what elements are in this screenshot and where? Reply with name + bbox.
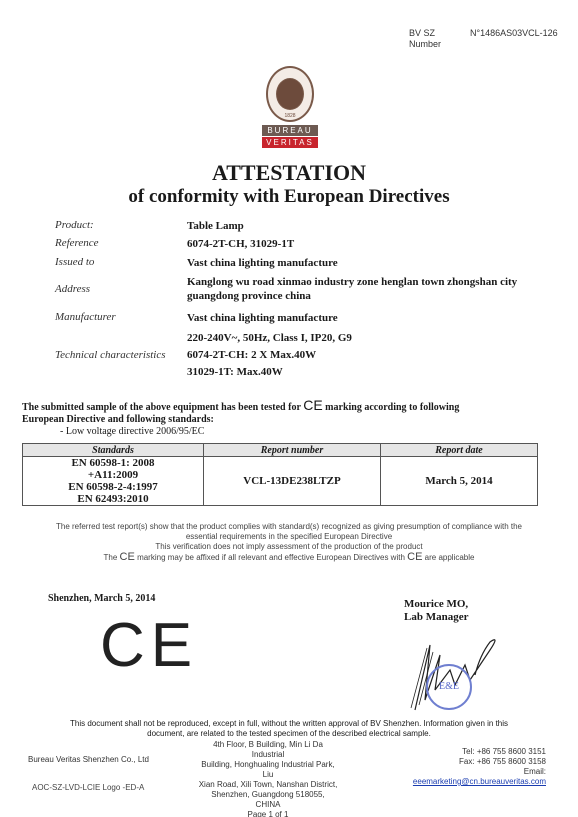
header-report-date: Report date xyxy=(381,444,538,457)
disclaimer-line1: This document shall not be reproduced, e… xyxy=(0,719,578,729)
bv-label-line2: Number xyxy=(409,39,441,50)
label-manufacturer: Manufacturer xyxy=(55,311,116,323)
ref-line3: This verification does not imply assessm… xyxy=(0,542,578,552)
value-issued-to: Vast china lighting manufacture xyxy=(187,256,338,270)
statement: The submitted sample of the above equipm… xyxy=(22,399,542,438)
address-line2: guangdong province china xyxy=(187,289,517,303)
footer-company: Bureau Veritas Shenzhen Co., Ltd xyxy=(28,755,149,764)
address-line: Shenzhen, Guangdong 518055, CHINA xyxy=(198,790,338,810)
tech-line3: 31029-1T: Max.40W xyxy=(187,364,352,381)
ref-line4a: The xyxy=(104,553,118,562)
logo-year: 1828 xyxy=(268,113,312,119)
tech-line2: 6074-2T-CH: 2 X Max.40W xyxy=(187,347,352,364)
value-manufacturer: Vast china lighting manufacture xyxy=(187,311,338,325)
statement-part2: marking according to following xyxy=(325,402,459,413)
page-number: Page 1 of 1 xyxy=(198,810,338,817)
standard-item: EN 60598-2-4:1997 xyxy=(23,481,203,493)
stamp-icon: E&E xyxy=(426,664,472,710)
tech-line1: 220-240V~, 50Hz, Class I, IP20, G9 xyxy=(187,330,352,347)
bv-number-label: BV SZ Number xyxy=(409,28,441,50)
label-issued-to: Issued to xyxy=(55,256,94,268)
standard-item: EN 62493:2010 xyxy=(23,493,203,505)
ref-line4c: are applicable xyxy=(425,553,475,562)
footer-contact: Tel: +86 755 8600 3151 Fax: +86 755 8600… xyxy=(398,747,546,787)
standards-table: Standards Report number Report date EN 6… xyxy=(22,443,538,506)
statement-part1: The submitted sample of the above equipm… xyxy=(22,402,301,413)
signatory: Mourice MO, Lab Manager xyxy=(404,598,468,624)
footer-fax: Fax: +86 755 8600 3158 xyxy=(398,757,546,767)
disclaimer-line2: document, are related to the tested spec… xyxy=(0,729,578,739)
statement-line2: European Directive and following standar… xyxy=(22,414,542,426)
place-date: Shenzhen, March 5, 2014 xyxy=(48,593,155,604)
document-code: AOC-SZ-LVD-LCIE Logo -ED-A xyxy=(32,783,144,792)
bv-label-line1: BV SZ xyxy=(409,28,441,39)
label-reference: Reference xyxy=(55,237,99,249)
ce-mark-icon: CE xyxy=(120,551,135,563)
label-address: Address xyxy=(55,283,90,295)
signatory-name: Mourice MO, xyxy=(404,598,468,611)
ref-line2: essential requirements in the specified … xyxy=(0,532,578,542)
ce-mark-icon: CE xyxy=(407,551,422,563)
ce-mark-icon: CE xyxy=(303,397,322,413)
address-line: Building, Honghualing Industrial Park, L… xyxy=(198,760,338,780)
footer-address: 4th Floor, B Building, Min Li Da Industr… xyxy=(198,740,338,817)
cell-report-number: VCL-13DE238LTZP xyxy=(204,457,381,506)
standard-item: +A11:2009 xyxy=(23,469,203,481)
header-report-number: Report number xyxy=(204,444,381,457)
cell-standards: EN 60598-1: 2008 +A11:2009 EN 60598-2-4:… xyxy=(23,457,204,506)
label-product: Product: xyxy=(55,219,94,231)
address-line: Xian Road, Xili Town, Nanshan District, xyxy=(198,780,338,790)
cell-report-date: March 5, 2014 xyxy=(381,457,538,506)
address-line1: Kanglong wu road xinmao industry zone he… xyxy=(187,275,517,289)
value-reference: 6074-2T-CH, 31029-1T xyxy=(187,237,294,251)
seal-icon: 1828 xyxy=(266,66,314,122)
ce-logo-icon: CE xyxy=(100,610,198,681)
document-title: ATTESTATION xyxy=(0,160,578,186)
standard-item: EN 60598-1: 2008 xyxy=(23,457,203,469)
table-row: EN 60598-1: 2008 +A11:2009 EN 60598-2-4:… xyxy=(23,457,538,506)
value-address: Kanglong wu road xinmao industry zone he… xyxy=(187,275,517,303)
header-standards: Standards xyxy=(23,444,204,457)
email-link[interactable]: eeemarketing@cn.bureauveritas.com xyxy=(413,777,546,786)
logo-band-bureau: BUREAU xyxy=(262,125,318,136)
reference-text: The referred test report(s) show that th… xyxy=(0,522,578,563)
disclaimer: This document shall not be reproduced, e… xyxy=(0,719,578,739)
directive-item: - Low voltage directive 2006/95/EC xyxy=(22,426,542,438)
logo-band-veritas: VERITAS xyxy=(262,137,318,148)
bureau-veritas-logo: 1828 BUREAU VERITAS xyxy=(262,66,318,148)
label-technical: Technical characteristics xyxy=(55,349,166,361)
ref-line4b: marking may be affixed if all relevant a… xyxy=(137,553,405,562)
address-line: 4th Floor, B Building, Min Li Da Industr… xyxy=(198,740,338,760)
value-technical: 220-240V~, 50Hz, Class I, IP20, G9 6074-… xyxy=(187,330,352,381)
value-product: Table Lamp xyxy=(187,219,244,233)
email-label: Email: xyxy=(524,767,546,776)
ref-line1: The referred test report(s) show that th… xyxy=(0,522,578,532)
document-subtitle: of conformity with European Directives xyxy=(0,186,578,208)
bv-number-value: N°1486AS03VCL-126 xyxy=(470,28,558,38)
signatory-title: Lab Manager xyxy=(404,611,468,624)
footer-tel: Tel: +86 755 8600 3151 xyxy=(398,747,546,757)
